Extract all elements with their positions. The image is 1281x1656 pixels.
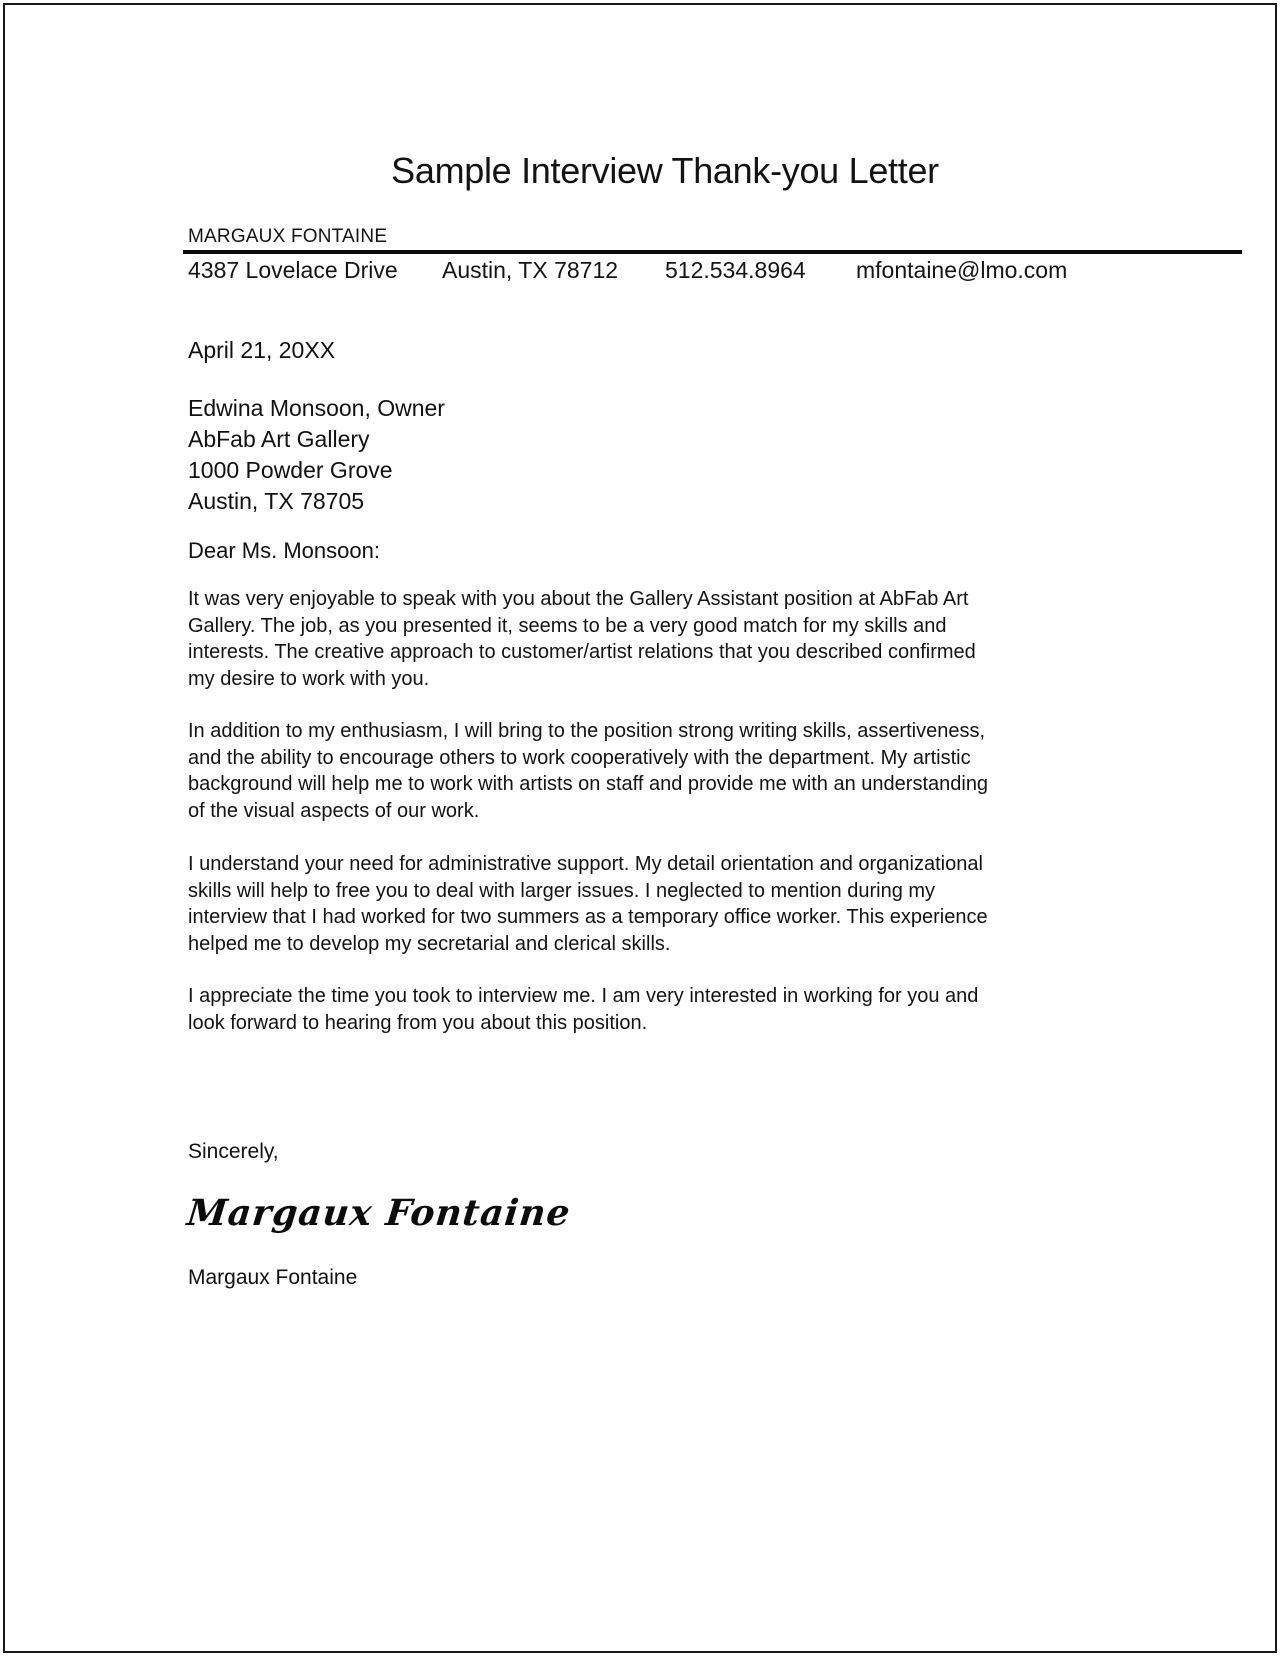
body-paragraph-3: I understand your need for administrativ… [188, 851, 1198, 957]
recipient-address-block: Edwina Monsoon, Owner AbFab Art Gallery … [188, 393, 445, 517]
header-name: MARGAUX FONTAINE [188, 226, 387, 248]
body-paragraph-2: In addition to my enthusiasm, I will bri… [188, 718, 1198, 824]
salutation: Dear Ms. Monsoon: [188, 538, 380, 564]
contact-city-state-zip: Austin, TX 78712 [442, 257, 618, 284]
closing: Sincerely, [188, 1140, 279, 1164]
contact-email: mfontaine@lmo.com [856, 257, 1067, 284]
signature-typed-name: Margaux Fontaine [188, 1266, 357, 1290]
page-title: Sample Interview Thank-you Letter [90, 150, 1240, 192]
body-paragraph-1: It was very enjoyable to speak with you … [188, 586, 1198, 692]
signature-handwritten: Margaux Fontaine [185, 1192, 573, 1234]
body-paragraph-4: I appreciate the time you took to interv… [188, 983, 1198, 1036]
contact-phone: 512.534.8964 [665, 257, 806, 284]
letter-date: April 21, 20XX [188, 337, 335, 364]
header-rule-divider [183, 250, 1242, 254]
letter-page: Sample Interview Thank-you Letter MARGAU… [0, 0, 1281, 1656]
contact-line: 4387 Lovelace Drive Austin, TX 78712 512… [188, 257, 1242, 287]
contact-street-address: 4387 Lovelace Drive [188, 257, 398, 284]
